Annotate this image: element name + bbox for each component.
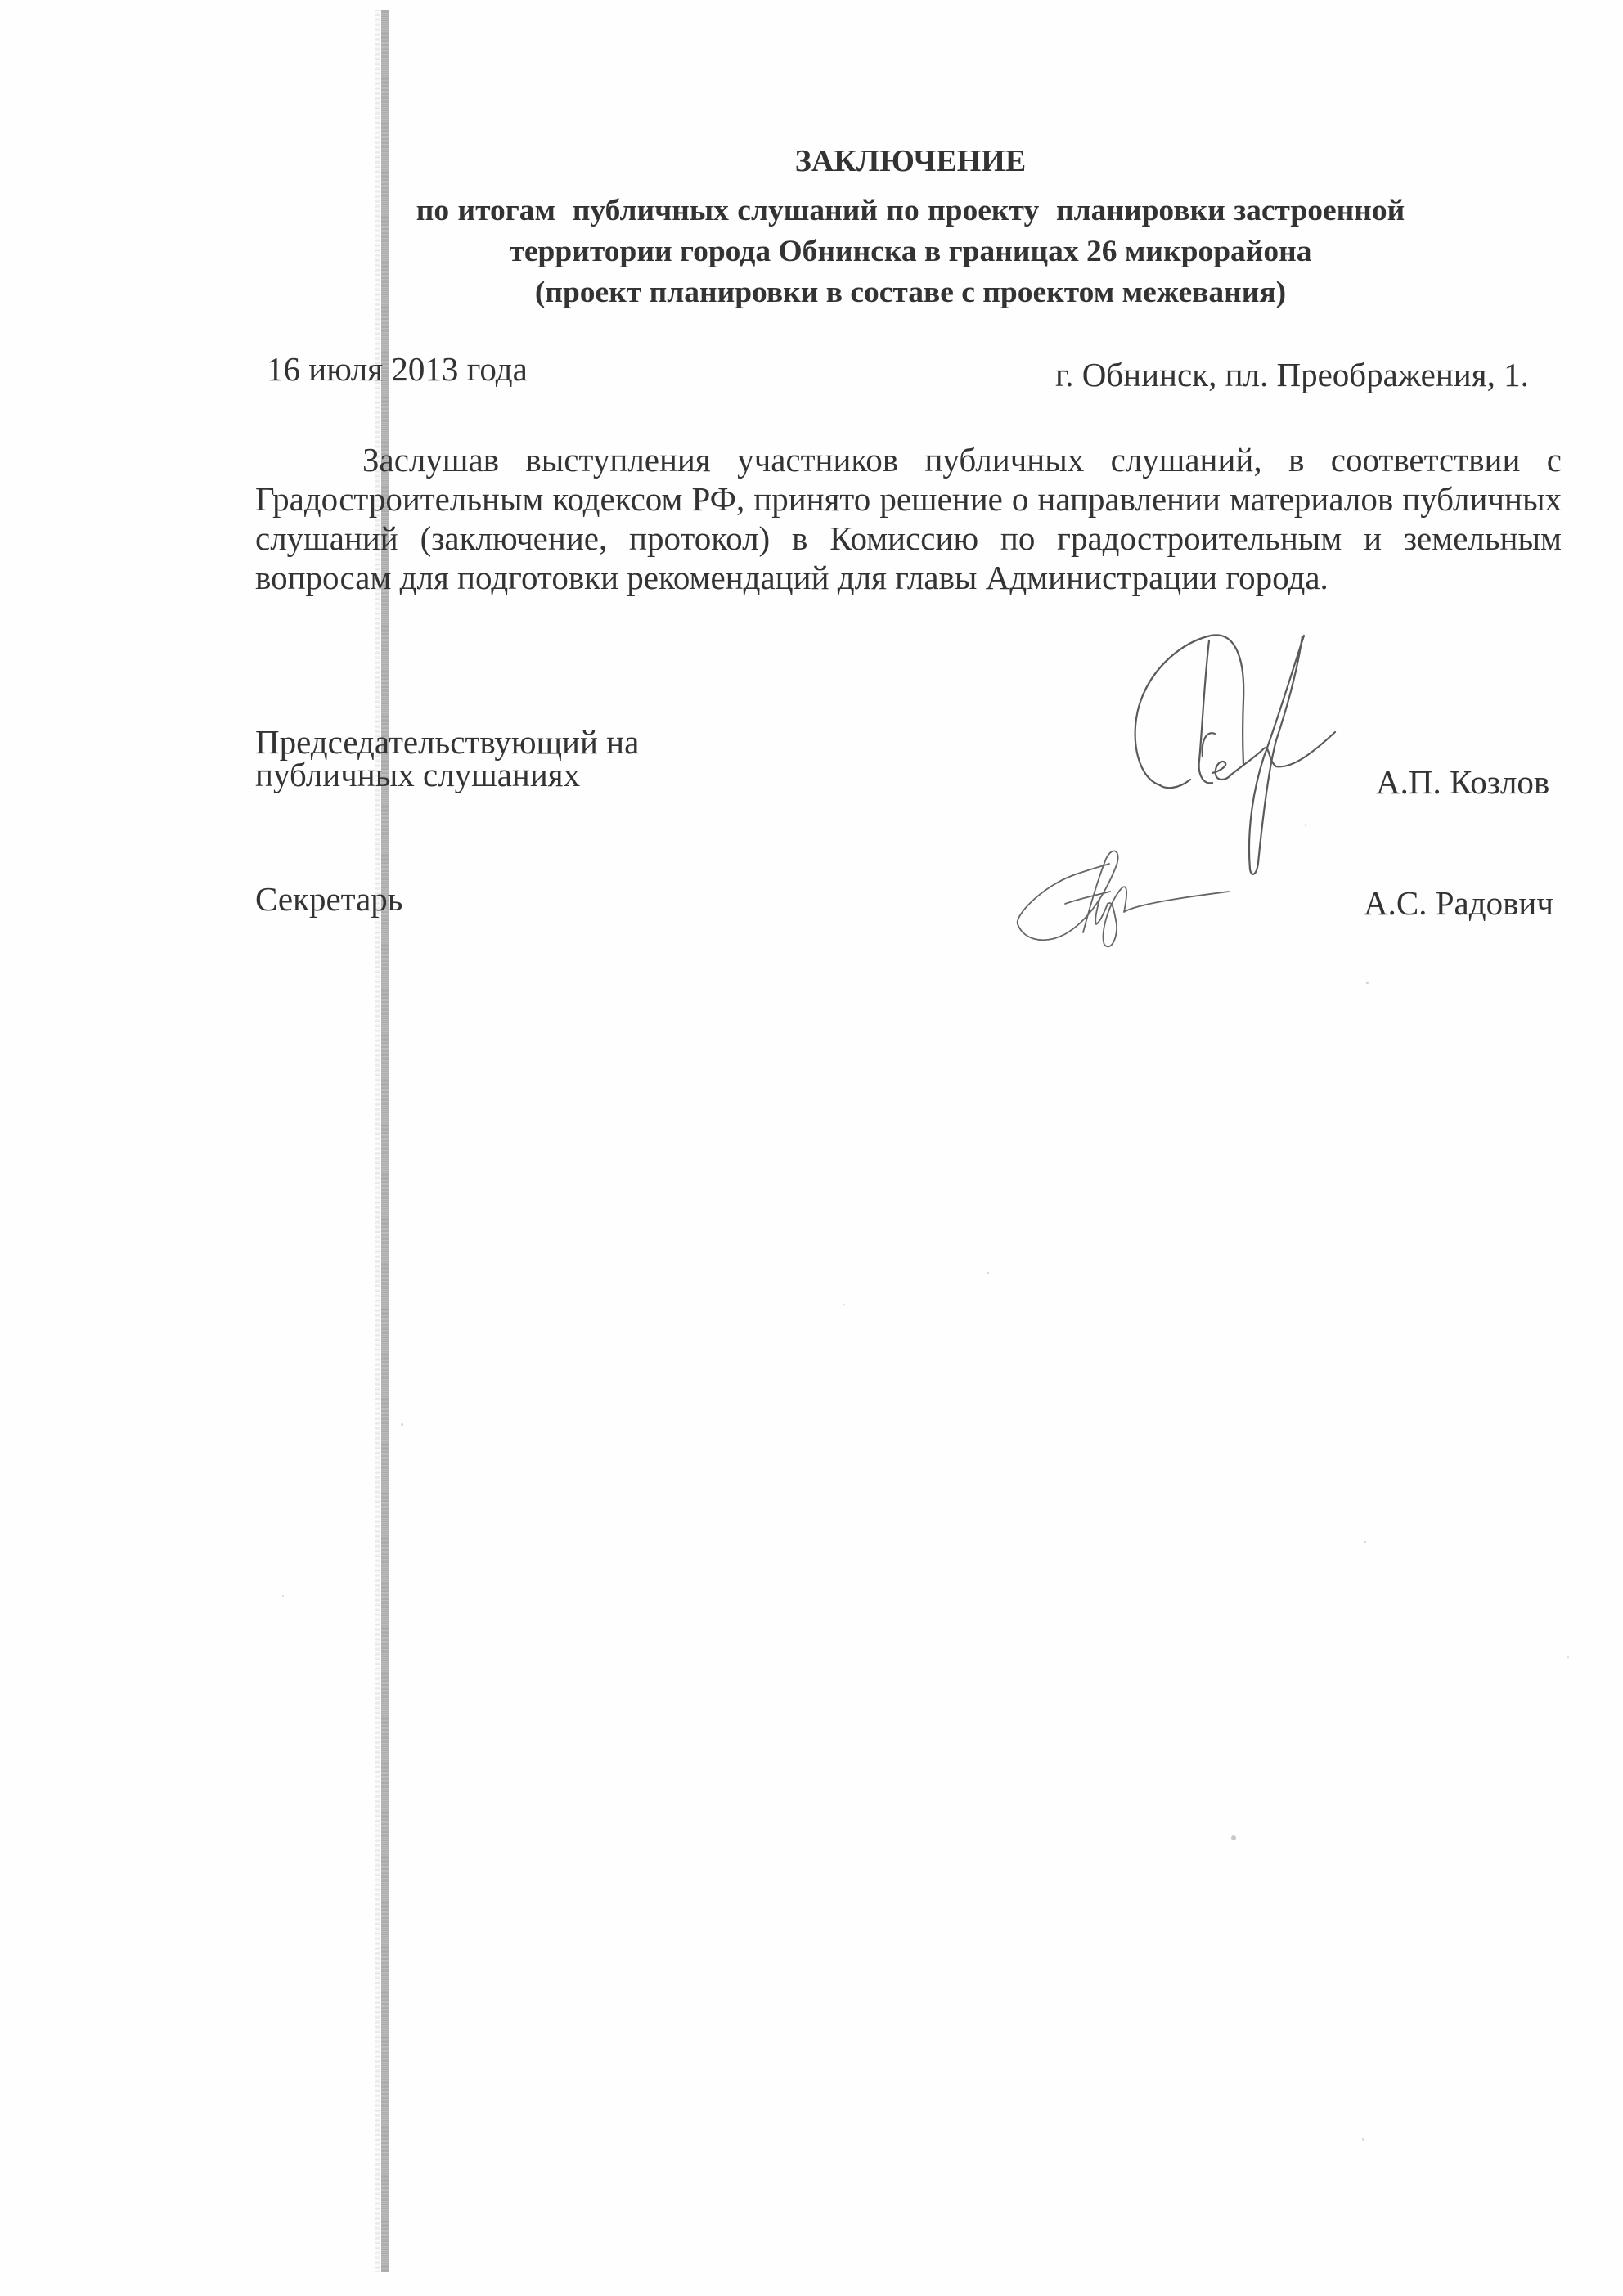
scan-speck <box>282 1595 284 1597</box>
scan-speck <box>1231 1835 1236 1840</box>
secretary-role: Секретарь <box>255 883 402 916</box>
scan-fold-line <box>381 10 389 2272</box>
scan-speck <box>1362 2138 1364 2141</box>
scan-speck <box>1567 1656 1569 1658</box>
secretary-signature-icon <box>1008 842 1233 953</box>
chair-role-line-2: публичных слушаниях <box>255 758 580 792</box>
subtitle-line-1: по итогам публичных слушаний по проекту … <box>0 195 1623 227</box>
chair-role-line-1: Председательствующий на <box>255 726 639 759</box>
scan-speck <box>401 1423 403 1426</box>
scan-fold-shadow <box>375 10 380 2272</box>
scan-speck <box>1305 824 1306 826</box>
scan-speck <box>1366 982 1369 984</box>
scan-speck <box>843 1304 845 1305</box>
document-location: г. Обнинск, пл. Преображения, 1. <box>1055 358 1529 392</box>
scan-speck <box>987 1272 989 1274</box>
scan-speck <box>1364 1541 1366 1543</box>
subtitle-line-3: (проект планировки в составе с проектом … <box>0 277 1623 308</box>
scanned-page: ЗАКЛЮЧЕНИЕ по итогам публичных слушаний … <box>0 0 1623 2296</box>
document-date: 16 июля 2013 года <box>267 353 528 386</box>
subtitle-line-2: территории города Обнинска в границах 26… <box>0 236 1623 267</box>
secretary-name: А.С. Радович <box>1364 887 1553 920</box>
document-title: ЗАКЛЮЧЕНИЕ <box>0 146 1623 177</box>
chair-name: А.П. Козлов <box>1376 766 1549 799</box>
body-paragraph: Заслушав выступления участников публичны… <box>255 440 1562 597</box>
